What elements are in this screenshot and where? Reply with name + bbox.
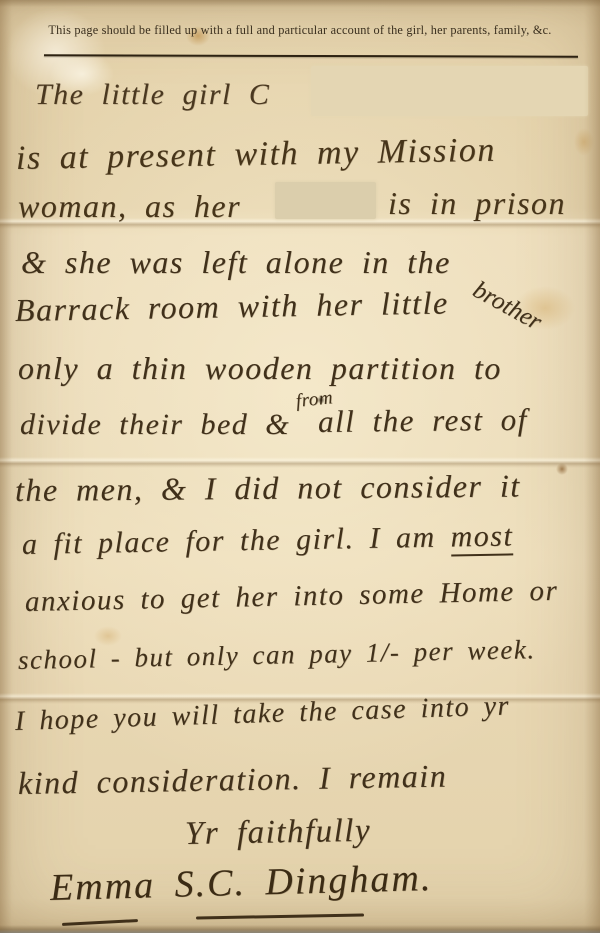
handwritten-line: Barrack room with her little brother: [15, 284, 449, 329]
handwritten-line: divide their bed &: [20, 408, 290, 442]
handwritten-line: anxious to get her into some Home or: [25, 575, 559, 619]
handwritten-line: & she was left alone in the: [21, 244, 451, 281]
handwritten-line: is at present with my Mission: [16, 132, 496, 178]
handwritten-text: Barrack room with her little: [15, 284, 449, 328]
handwritten-line: a fit place for the girl. I am most: [22, 519, 514, 562]
redaction-box: [275, 182, 376, 219]
handwritten-line: only a thin wooden partition to: [18, 350, 502, 387]
signature: Emma S.C. Dingham.: [49, 856, 432, 910]
handwritten-line: the men, & I did not consider it: [15, 468, 521, 509]
ink-blot: [317, 396, 325, 404]
handwritten-line: The little girl C: [35, 78, 270, 112]
handwritten-underlined-word: most: [450, 519, 513, 556]
paper-edge-shadow: [0, 0, 600, 7]
handwritten-word-trailing: brother: [468, 276, 546, 336]
letter-page: This page should be filled up with a ful…: [0, 0, 600, 933]
closing-valediction: Yr faithfully: [185, 813, 372, 853]
handwritten-line: kind consideration. I remain: [18, 758, 448, 802]
handwritten-text: a fit place for the girl. I am: [22, 521, 436, 561]
redaction-box: [311, 66, 588, 116]
handwritten-line: all the rest of: [318, 402, 528, 440]
printed-header-instruction: This page should be filled up with a ful…: [0, 23, 600, 38]
ink-underline: [196, 914, 364, 920]
paper-edge-shadow: [0, 925, 600, 933]
fold-crease: [0, 457, 600, 468]
handwritten-line: is in prison: [388, 185, 566, 222]
ink-underline: [62, 919, 138, 926]
stain: [574, 128, 594, 156]
handwritten-line: woman, as her: [18, 188, 241, 225]
header-rule: [44, 54, 578, 57]
